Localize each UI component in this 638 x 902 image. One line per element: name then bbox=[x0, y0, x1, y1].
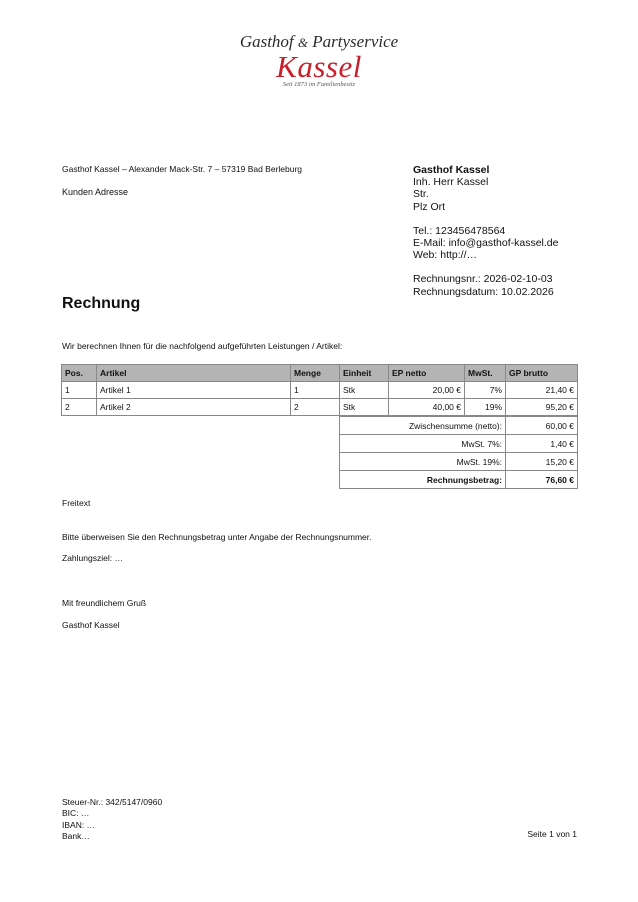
bic: BIC: … bbox=[62, 808, 162, 819]
cell-mwst: 7% bbox=[465, 382, 506, 399]
company-city: Plz Ort bbox=[413, 201, 558, 213]
company-email: E-Mail: info@gasthof-kassel.de bbox=[413, 237, 558, 249]
table-header-row: Pos. Artikel Menge Einheit EP netto MwSt… bbox=[62, 365, 578, 382]
vat7-value: 1,40 € bbox=[506, 435, 578, 453]
closing-greeting: Mit freundlichem Gruß bbox=[62, 598, 146, 608]
logo-ampersand: & bbox=[298, 35, 308, 50]
company-info-block: Gasthof Kassel Inh. Herr Kassel Str. Plz… bbox=[413, 164, 558, 298]
invoice-number: Rechnungsnr.: 2026-02-10-03 bbox=[413, 273, 558, 285]
header-gp-brutto: GP brutto bbox=[506, 365, 578, 382]
bank: Bank… bbox=[62, 831, 162, 842]
cell-ep-netto: 20,00 € bbox=[389, 382, 465, 399]
cell-gp-brutto: 95,20 € bbox=[506, 399, 578, 416]
footer-bank-info: Steuer-Nr.: 342/5147/0960 BIC: … IBAN: …… bbox=[62, 797, 162, 842]
company-web: Web: http://… bbox=[413, 249, 558, 261]
header-mwst: MwSt. bbox=[465, 365, 506, 382]
cell-pos: 1 bbox=[62, 382, 97, 399]
cell-gp-brutto: 21,40 € bbox=[506, 382, 578, 399]
company-logo: Gasthof & Partyservice Kassel Seit 1873 … bbox=[0, 32, 638, 89]
header-einheit: Einheit bbox=[340, 365, 389, 382]
payment-term: Zahlungsziel: … bbox=[62, 553, 123, 563]
company-street: Str. bbox=[413, 188, 558, 200]
iban: IBAN: … bbox=[62, 820, 162, 831]
cell-artikel: Artikel 1 bbox=[97, 382, 291, 399]
page-number: Seite 1 von 1 bbox=[527, 829, 577, 839]
header-artikel: Artikel bbox=[97, 365, 291, 382]
cell-ep-netto: 40,00 € bbox=[389, 399, 465, 416]
totals-row-vat7: MwSt. 7%: 1,40 € bbox=[340, 435, 578, 453]
header-pos: Pos. bbox=[62, 365, 97, 382]
cell-einheit: Stk bbox=[340, 399, 389, 416]
company-phone: Tel.: 123456478564 bbox=[413, 225, 558, 237]
table-row: 1 Artikel 1 1 Stk 20,00 € 7% 21,40 € bbox=[62, 382, 578, 399]
invoice-date: Rechnungsdatum: 10.02.2026 bbox=[413, 286, 558, 298]
cell-artikel: Artikel 2 bbox=[97, 399, 291, 416]
items-table: Pos. Artikel Menge Einheit EP netto MwSt… bbox=[61, 364, 578, 416]
document-title: Rechnung bbox=[62, 295, 140, 313]
company-name: Gasthof Kassel bbox=[413, 164, 558, 176]
vat7-label: MwSt. 7%: bbox=[340, 435, 506, 453]
tax-number: Steuer-Nr.: 342/5147/0960 bbox=[62, 797, 162, 808]
grand-total-label: Rechnungsbetrag: bbox=[340, 471, 506, 489]
totals-row-grand-total: Rechnungsbetrag: 76,60 € bbox=[340, 471, 578, 489]
cell-menge: 2 bbox=[291, 399, 340, 416]
vat19-label: MwSt. 19%: bbox=[340, 453, 506, 471]
subtotal-label: Zwischensumme (netto): bbox=[340, 417, 506, 435]
payment-note: Bitte überweisen Sie den Rechnungsbetrag… bbox=[62, 532, 372, 542]
logo-tagline: Seit 1873 im Familienbesitz bbox=[0, 81, 638, 89]
intro-text: Wir berechnen Ihnen für die nachfolgend … bbox=[62, 341, 342, 351]
customer-address: Kunden Adresse bbox=[62, 187, 128, 197]
free-text: Freitext bbox=[62, 498, 90, 508]
cell-mwst: 19% bbox=[465, 399, 506, 416]
totals-row-vat19: MwSt. 19%: 15,20 € bbox=[340, 453, 578, 471]
signature: Gasthof Kassel bbox=[62, 620, 120, 630]
cell-pos: 2 bbox=[62, 399, 97, 416]
cell-einheit: Stk bbox=[340, 382, 389, 399]
cell-menge: 1 bbox=[291, 382, 340, 399]
company-owner: Inh. Herr Kassel bbox=[413, 176, 558, 188]
logo-name: Kassel bbox=[0, 54, 638, 80]
header-menge: Menge bbox=[291, 365, 340, 382]
totals-table: Zwischensumme (netto): 60,00 € MwSt. 7%:… bbox=[339, 416, 578, 489]
header-ep-netto: EP netto bbox=[389, 365, 465, 382]
totals-row-subtotal: Zwischensumme (netto): 60,00 € bbox=[340, 417, 578, 435]
subtotal-value: 60,00 € bbox=[506, 417, 578, 435]
grand-total-value: 76,60 € bbox=[506, 471, 578, 489]
sender-return-address: Gasthof Kassel – Alexander Mack-Str. 7 –… bbox=[62, 164, 302, 174]
table-row: 2 Artikel 2 2 Stk 40,00 € 19% 95,20 € bbox=[62, 399, 578, 416]
vat19-value: 15,20 € bbox=[506, 453, 578, 471]
